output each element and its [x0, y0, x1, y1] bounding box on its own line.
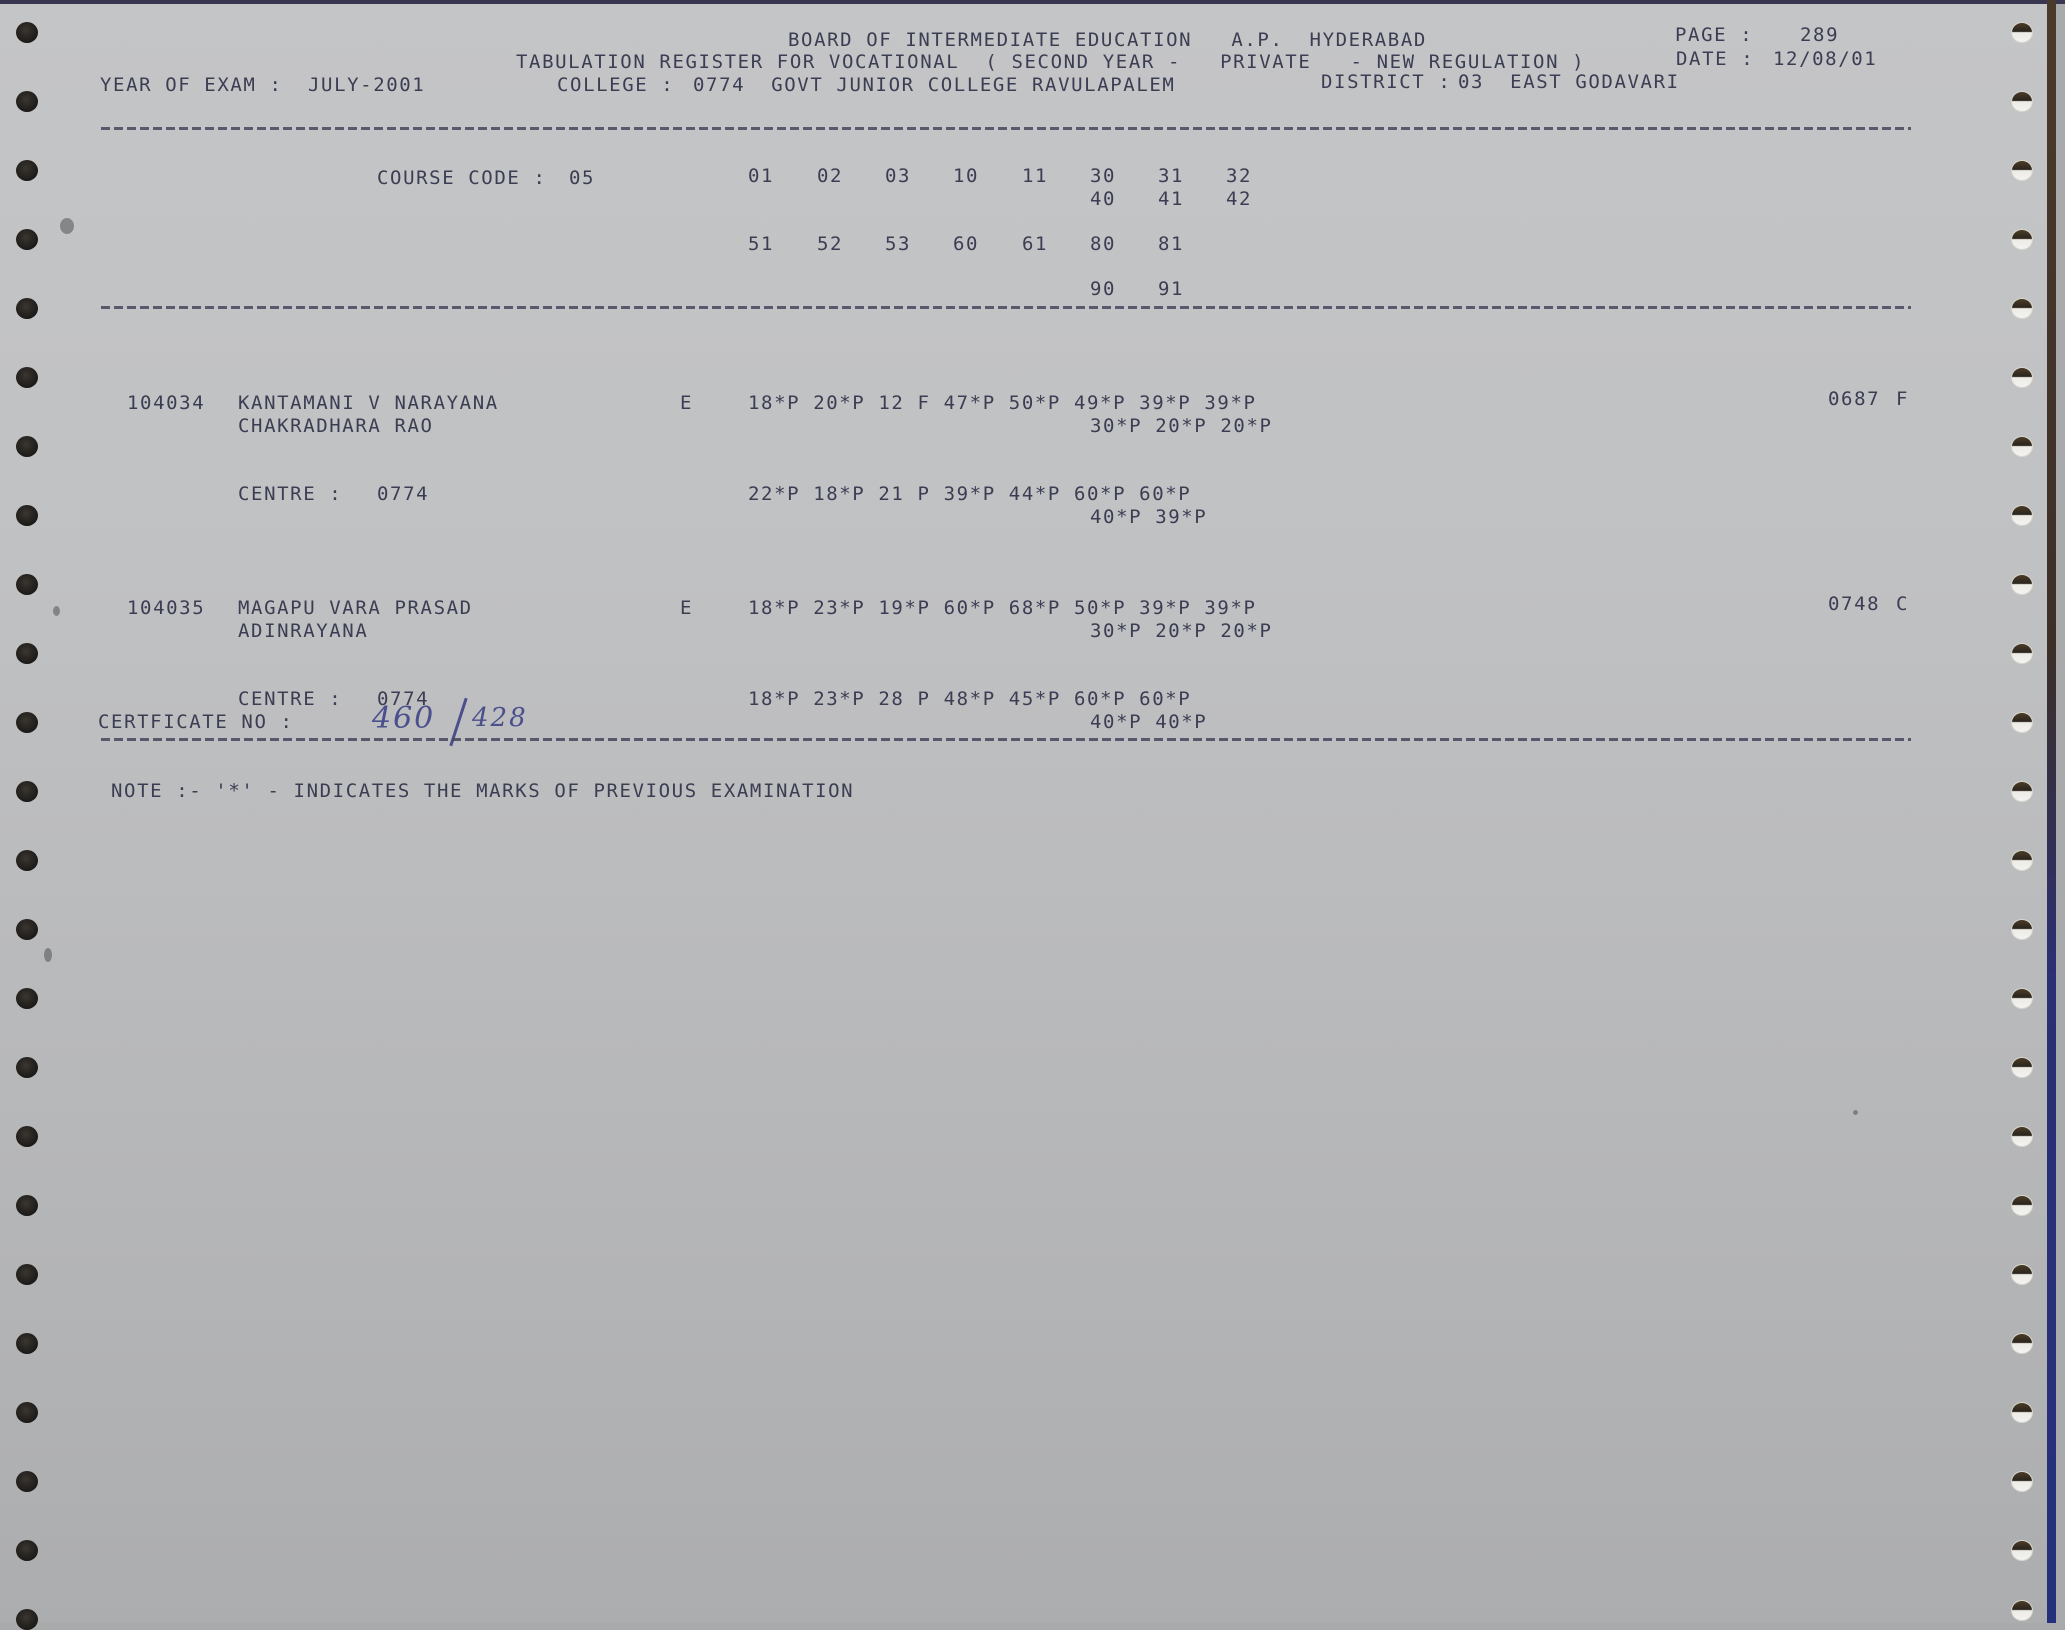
tractor-hole-icon	[2011, 91, 2033, 112]
certificate-label: CERTFICATE NO :	[98, 711, 294, 733]
subject-code: 31	[1158, 165, 1184, 187]
smudge-mark	[44, 948, 52, 962]
district-label: DISTRICT :	[1321, 71, 1451, 93]
tractor-hole-icon	[2011, 781, 2033, 802]
tractor-hole-icon	[16, 850, 38, 871]
tractor-hole-icon	[16, 1402, 38, 1423]
tabulation-register-sheet: BOARD OF INTERMEDIATE EDUCATION A.P. HYD…	[0, 0, 2056, 1623]
tractor-hole-icon	[2011, 22, 2033, 43]
student-name-line2: CHAKRADHARA RAO	[238, 415, 434, 437]
tractor-hole-icon	[16, 1057, 38, 1078]
smudge-mark	[60, 218, 74, 234]
tractor-hole-icon	[2011, 1057, 2033, 1078]
tractor-hole-icon	[2011, 436, 2033, 457]
college-label: COLLEGE :	[557, 74, 674, 96]
marks-row: 40*P 39*P	[1090, 506, 1207, 528]
medium: E	[680, 392, 693, 414]
marks-row: 40*P 40*P	[1090, 711, 1207, 733]
tractor-hole-icon	[16, 574, 38, 595]
tractor-hole-icon	[16, 367, 38, 388]
tractor-hole-icon	[16, 505, 38, 526]
subject-code: 10	[953, 165, 979, 187]
subject-code: 40	[1090, 188, 1116, 210]
centre-label: CENTRE :	[238, 483, 342, 505]
subject-code: 41	[1158, 188, 1184, 210]
tractor-hole-icon	[16, 160, 38, 181]
subject-code: 01	[748, 165, 774, 187]
centre-label: CENTRE :	[238, 688, 342, 710]
course-code-value: 05	[569, 167, 595, 189]
paper-top-edge	[0, 0, 2065, 4]
tractor-hole-icon	[16, 1609, 38, 1623]
tractor-hole-icon	[16, 1264, 38, 1285]
tractor-hole-icon	[16, 988, 38, 1009]
tractor-hole-icon	[2011, 850, 2033, 871]
handwritten-certificate-number: 428	[472, 703, 528, 733]
handwritten-certificate-number: 460	[372, 701, 435, 736]
date-value: 12/08/01	[1773, 48, 1877, 70]
subject-code: 60	[953, 233, 979, 255]
tractor-hole-icon	[2011, 1600, 2033, 1621]
course-code-label: COURSE CODE :	[377, 167, 547, 189]
centre-value: 0774	[377, 483, 429, 505]
tractor-hole-icon	[2011, 1540, 2033, 1561]
result-code: C	[1896, 593, 1909, 615]
result-code: F	[1896, 388, 1909, 410]
tractor-hole-icon	[2011, 1195, 2033, 1216]
year-label: YEAR OF EXAM :	[100, 74, 283, 96]
subject-code: 11	[1022, 165, 1048, 187]
marks-row: 30*P 20*P 20*P	[1090, 415, 1273, 437]
tractor-hole-icon	[16, 436, 38, 457]
tractor-hole-icon	[2011, 988, 2033, 1009]
tractor-hole-icon	[2011, 1264, 2033, 1285]
tractor-hole-icon	[2011, 712, 2033, 733]
subject-code: 03	[885, 165, 911, 187]
tractor-hole-icon	[2011, 1402, 2033, 1423]
tractor-hole-icon	[16, 1540, 38, 1561]
footnote: NOTE :- '*' - INDICATES THE MARKS OF PRE…	[111, 780, 854, 802]
total-marks: 0687	[1828, 388, 1880, 410]
subject-code: 61	[1022, 233, 1048, 255]
subject-code: 53	[885, 233, 911, 255]
background-edge	[2047, 0, 2056, 1623]
hall-ticket-number: 104035	[127, 597, 205, 619]
tractor-hole-icon	[16, 781, 38, 802]
hall-ticket-number: 104034	[127, 392, 205, 414]
tractor-hole-icon	[16, 229, 38, 250]
page-number: 289	[1800, 24, 1839, 46]
subject-code: 52	[817, 233, 843, 255]
dashed-separator	[101, 306, 1911, 309]
tractor-hole-icon	[2011, 1333, 2033, 1354]
tractor-hole-icon	[2011, 574, 2033, 595]
subject-code: 32	[1226, 165, 1252, 187]
student-name: KANTAMANI V NARAYANA	[238, 392, 499, 414]
subject-code: 80	[1090, 233, 1116, 255]
smudge-mark	[1853, 1110, 1858, 1115]
subject-code: 30	[1090, 165, 1116, 187]
tractor-hole-icon	[2011, 298, 2033, 319]
tractor-hole-icon	[2011, 643, 2033, 664]
subject-code: 91	[1158, 278, 1184, 300]
tractor-hole-icon	[16, 919, 38, 940]
district-value: 03 EAST GODAVARI	[1458, 71, 1680, 93]
dashed-separator	[101, 127, 1911, 130]
marks-row: 18*P 23*P 19*P 60*P 68*P 50*P 39*P 39*P	[748, 597, 1257, 619]
total-marks: 0748	[1828, 593, 1880, 615]
tractor-hole-icon	[2011, 1126, 2033, 1147]
tractor-hole-icon	[16, 22, 38, 43]
marks-row: 22*P 18*P 21 P 39*P 44*P 60*P 60*P	[748, 483, 1191, 505]
tractor-hole-icon	[16, 712, 38, 733]
tractor-hole-icon	[16, 91, 38, 112]
subject-code: 51	[748, 233, 774, 255]
subject-code: 42	[1226, 188, 1252, 210]
marks-row: 18*P 23*P 28 P 48*P 45*P 60*P 60*P	[748, 688, 1191, 710]
page-label: PAGE :	[1675, 24, 1753, 46]
dashed-separator	[101, 738, 1911, 741]
smudge-mark	[53, 606, 60, 616]
tractor-hole-icon	[2011, 919, 2033, 940]
tractor-hole-icon	[16, 1126, 38, 1147]
student-name-line2: ADINRAYANA	[238, 620, 368, 642]
marks-row: 18*P 20*P 12 F 47*P 50*P 49*P 39*P 39*P	[748, 392, 1257, 414]
register-title: TABULATION REGISTER FOR VOCATIONAL ( SEC…	[516, 51, 1585, 73]
college-value: 0774 GOVT JUNIOR COLLEGE RAVULAPALEM	[693, 74, 1175, 96]
student-name: MAGAPU VARA PRASAD	[238, 597, 473, 619]
subject-code: 81	[1158, 233, 1184, 255]
board-title: BOARD OF INTERMEDIATE EDUCATION A.P. HYD…	[788, 29, 1427, 51]
date-label: DATE :	[1676, 48, 1754, 70]
tractor-hole-icon	[16, 1333, 38, 1354]
subject-code: 02	[817, 165, 843, 187]
tractor-hole-icon	[2011, 1471, 2033, 1492]
tractor-hole-icon	[2011, 229, 2033, 250]
medium: E	[680, 597, 693, 619]
tractor-hole-icon	[2011, 367, 2033, 388]
tractor-hole-icon	[16, 1195, 38, 1216]
tractor-hole-icon	[2011, 160, 2033, 181]
marks-row: 30*P 20*P 20*P	[1090, 620, 1273, 642]
tractor-hole-icon	[2011, 505, 2033, 526]
tractor-hole-icon	[16, 298, 38, 319]
subject-code: 90	[1090, 278, 1116, 300]
tractor-hole-icon	[16, 643, 38, 664]
tractor-hole-icon	[16, 1471, 38, 1492]
year-value: JULY-2001	[308, 74, 425, 96]
